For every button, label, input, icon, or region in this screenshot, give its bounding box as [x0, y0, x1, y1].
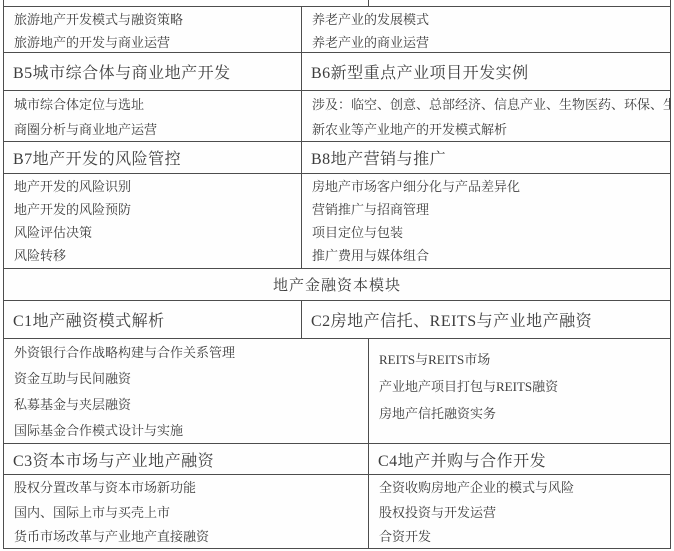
course-item: 城市综合体定位与选址 — [14, 92, 295, 117]
course-item: 旅游地产的开发与商业运营 — [14, 31, 295, 52]
course-item: 养老产业的发展模式 — [312, 8, 664, 31]
course-item: 房地产市场客户细分化与产品差异化 — [312, 175, 664, 198]
table-row-b5-b6-items: 城市综合体定位与选址 商圈分析与商业地产运营 涉及：临空、创意、总部经济、信息产… — [4, 91, 670, 142]
section-title: 地产金融资本模块 — [4, 269, 670, 300]
course-item: 资金互助与民间融资 — [14, 366, 362, 392]
table-cell-elder: 养老产业的发展模式 养老产业的商业运营 — [302, 7, 670, 52]
module-header-c4: C4地产并购与合作开发 — [369, 444, 670, 474]
table-row-c1-c2-items: 外资银行合作战略构建与合作关系管理 资金互助与民间融资 私募基金与夹层融资 国际… — [4, 339, 670, 444]
table-row-b7-b8-items: 地产开发的风险识别 地产开发的风险预防 风险评估决策 风险转移 房地产市场客户细… — [4, 174, 670, 269]
module-header-b6: B6新型重点产业项目开发实例 — [302, 53, 670, 90]
course-item: 项目定位与包装 — [312, 221, 664, 244]
course-item: 国内、国际上市与买壳上市 — [14, 501, 362, 526]
course-item: 股权分置改革与资本市场新功能 — [14, 476, 362, 501]
module-header-c3: C3资本市场与产业地产融资 — [4, 444, 369, 474]
course-item: 商圈分析与商业地产运营 — [14, 117, 295, 141]
table-cell-c3-items: 股权分置改革与资本市场新功能 国内、国际上市与买壳上市 货币市场改革与产业地产直… — [4, 475, 369, 548]
table-row-cutoff — [4, 0, 670, 7]
course-item: REITS与REITS市场 — [379, 346, 664, 373]
table-row-section-title: 地产金融资本模块 — [4, 269, 670, 301]
table-cell-b7-items: 地产开发的风险识别 地产开发的风险预防 风险评估决策 风险转移 — [4, 174, 302, 268]
course-item: 风险转移 — [14, 244, 295, 267]
course-item: 旅游地产开发模式与融资策略 — [14, 8, 295, 31]
course-item: 股权投资与开发运营 — [379, 501, 664, 526]
table-cell-c1-items: 外资银行合作战略构建与合作关系管理 资金互助与民间融资 私募基金与夹层融资 国际… — [4, 339, 369, 443]
course-item: 产业地产项目打包与REITS融资 — [379, 373, 664, 400]
module-header-b5: B5城市综合体与商业地产开发 — [4, 53, 302, 90]
table-cell-b5-items: 城市综合体定位与选址 商圈分析与商业地产运营 — [4, 91, 302, 141]
table-row-tourism-elder: 旅游地产开发模式与融资策略 旅游地产的开发与商业运营 养老产业的发展模式 养老产… — [4, 7, 670, 53]
table-row-c3-c4-header: C3资本市场与产业地产融资 C4地产并购与合作开发 — [4, 444, 670, 475]
course-item: 地产开发的风险预防 — [14, 198, 295, 221]
course-item: 推广费用与媒体组合 — [312, 244, 664, 267]
course-item: 养老产业的商业运营 — [312, 31, 664, 52]
table-row-c1-c2-header: C1地产融资模式解析 C2房地产信托、REITS与产业地产融资 — [4, 301, 670, 339]
course-item: 风险评估决策 — [14, 221, 295, 244]
course-item: 新农业等产业地产的开发模式解析 — [312, 117, 664, 141]
course-modules-table: 旅游地产开发模式与融资策略 旅游地产的开发与商业运营 养老产业的发展模式 养老产… — [3, 0, 671, 549]
course-item: 地产开发的风险识别 — [14, 175, 295, 198]
course-item: 外资银行合作战略构建与合作关系管理 — [14, 340, 362, 366]
table-cell-tourism: 旅游地产开发模式与融资策略 旅游地产的开发与商业运营 — [4, 7, 302, 52]
course-item: 货币市场改革与产业地产直接融资 — [14, 525, 362, 548]
course-item: 国际基金合作模式设计与实施 — [14, 418, 362, 443]
course-item: 私募基金与夹层融资 — [14, 392, 362, 418]
course-item: 合资开发 — [379, 525, 664, 548]
table-cell-c4-items: 全资收购房地产企业的模式与风险 股权投资与开发运营 合资开发 — [369, 475, 670, 548]
course-item: 房地产信托融资实务 — [379, 400, 664, 427]
table-cell-b6-items: 涉及：临空、创意、总部经济、信息产业、生物医药、环保、生态 新农业等产业地产的开… — [302, 91, 670, 141]
table-row-c3-c4-items: 股权分置改革与资本市场新功能 国内、国际上市与买壳上市 货币市场改革与产业地产直… — [4, 475, 670, 549]
module-header-b8: B8地产营销与推广 — [302, 142, 670, 173]
table-row-b7-b8-header: B7地产开发的风险管控 B8地产营销与推广 — [4, 142, 670, 174]
module-header-c1: C1地产融资模式解析 — [4, 301, 302, 338]
table-cell — [369, 0, 670, 6]
course-item: 涉及：临空、创意、总部经济、信息产业、生物医药、环保、生态 — [312, 92, 664, 117]
table-cell — [4, 0, 369, 6]
module-header-c2: C2房地产信托、REITS与产业地产融资 — [302, 301, 670, 338]
module-header-b7: B7地产开发的风险管控 — [4, 142, 302, 173]
course-item: 全资收购房地产企业的模式与风险 — [379, 476, 664, 501]
table-row-b5-b6-header: B5城市综合体与商业地产开发 B6新型重点产业项目开发实例 — [4, 53, 670, 91]
course-item: 营销推广与招商管理 — [312, 198, 664, 221]
table-cell-c2-items: REITS与REITS市场 产业地产项目打包与REITS融资 房地产信托融资实务 — [369, 339, 670, 443]
table-cell-b8-items: 房地产市场客户细分化与产品差异化 营销推广与招商管理 项目定位与包装 推广费用与… — [302, 174, 670, 268]
